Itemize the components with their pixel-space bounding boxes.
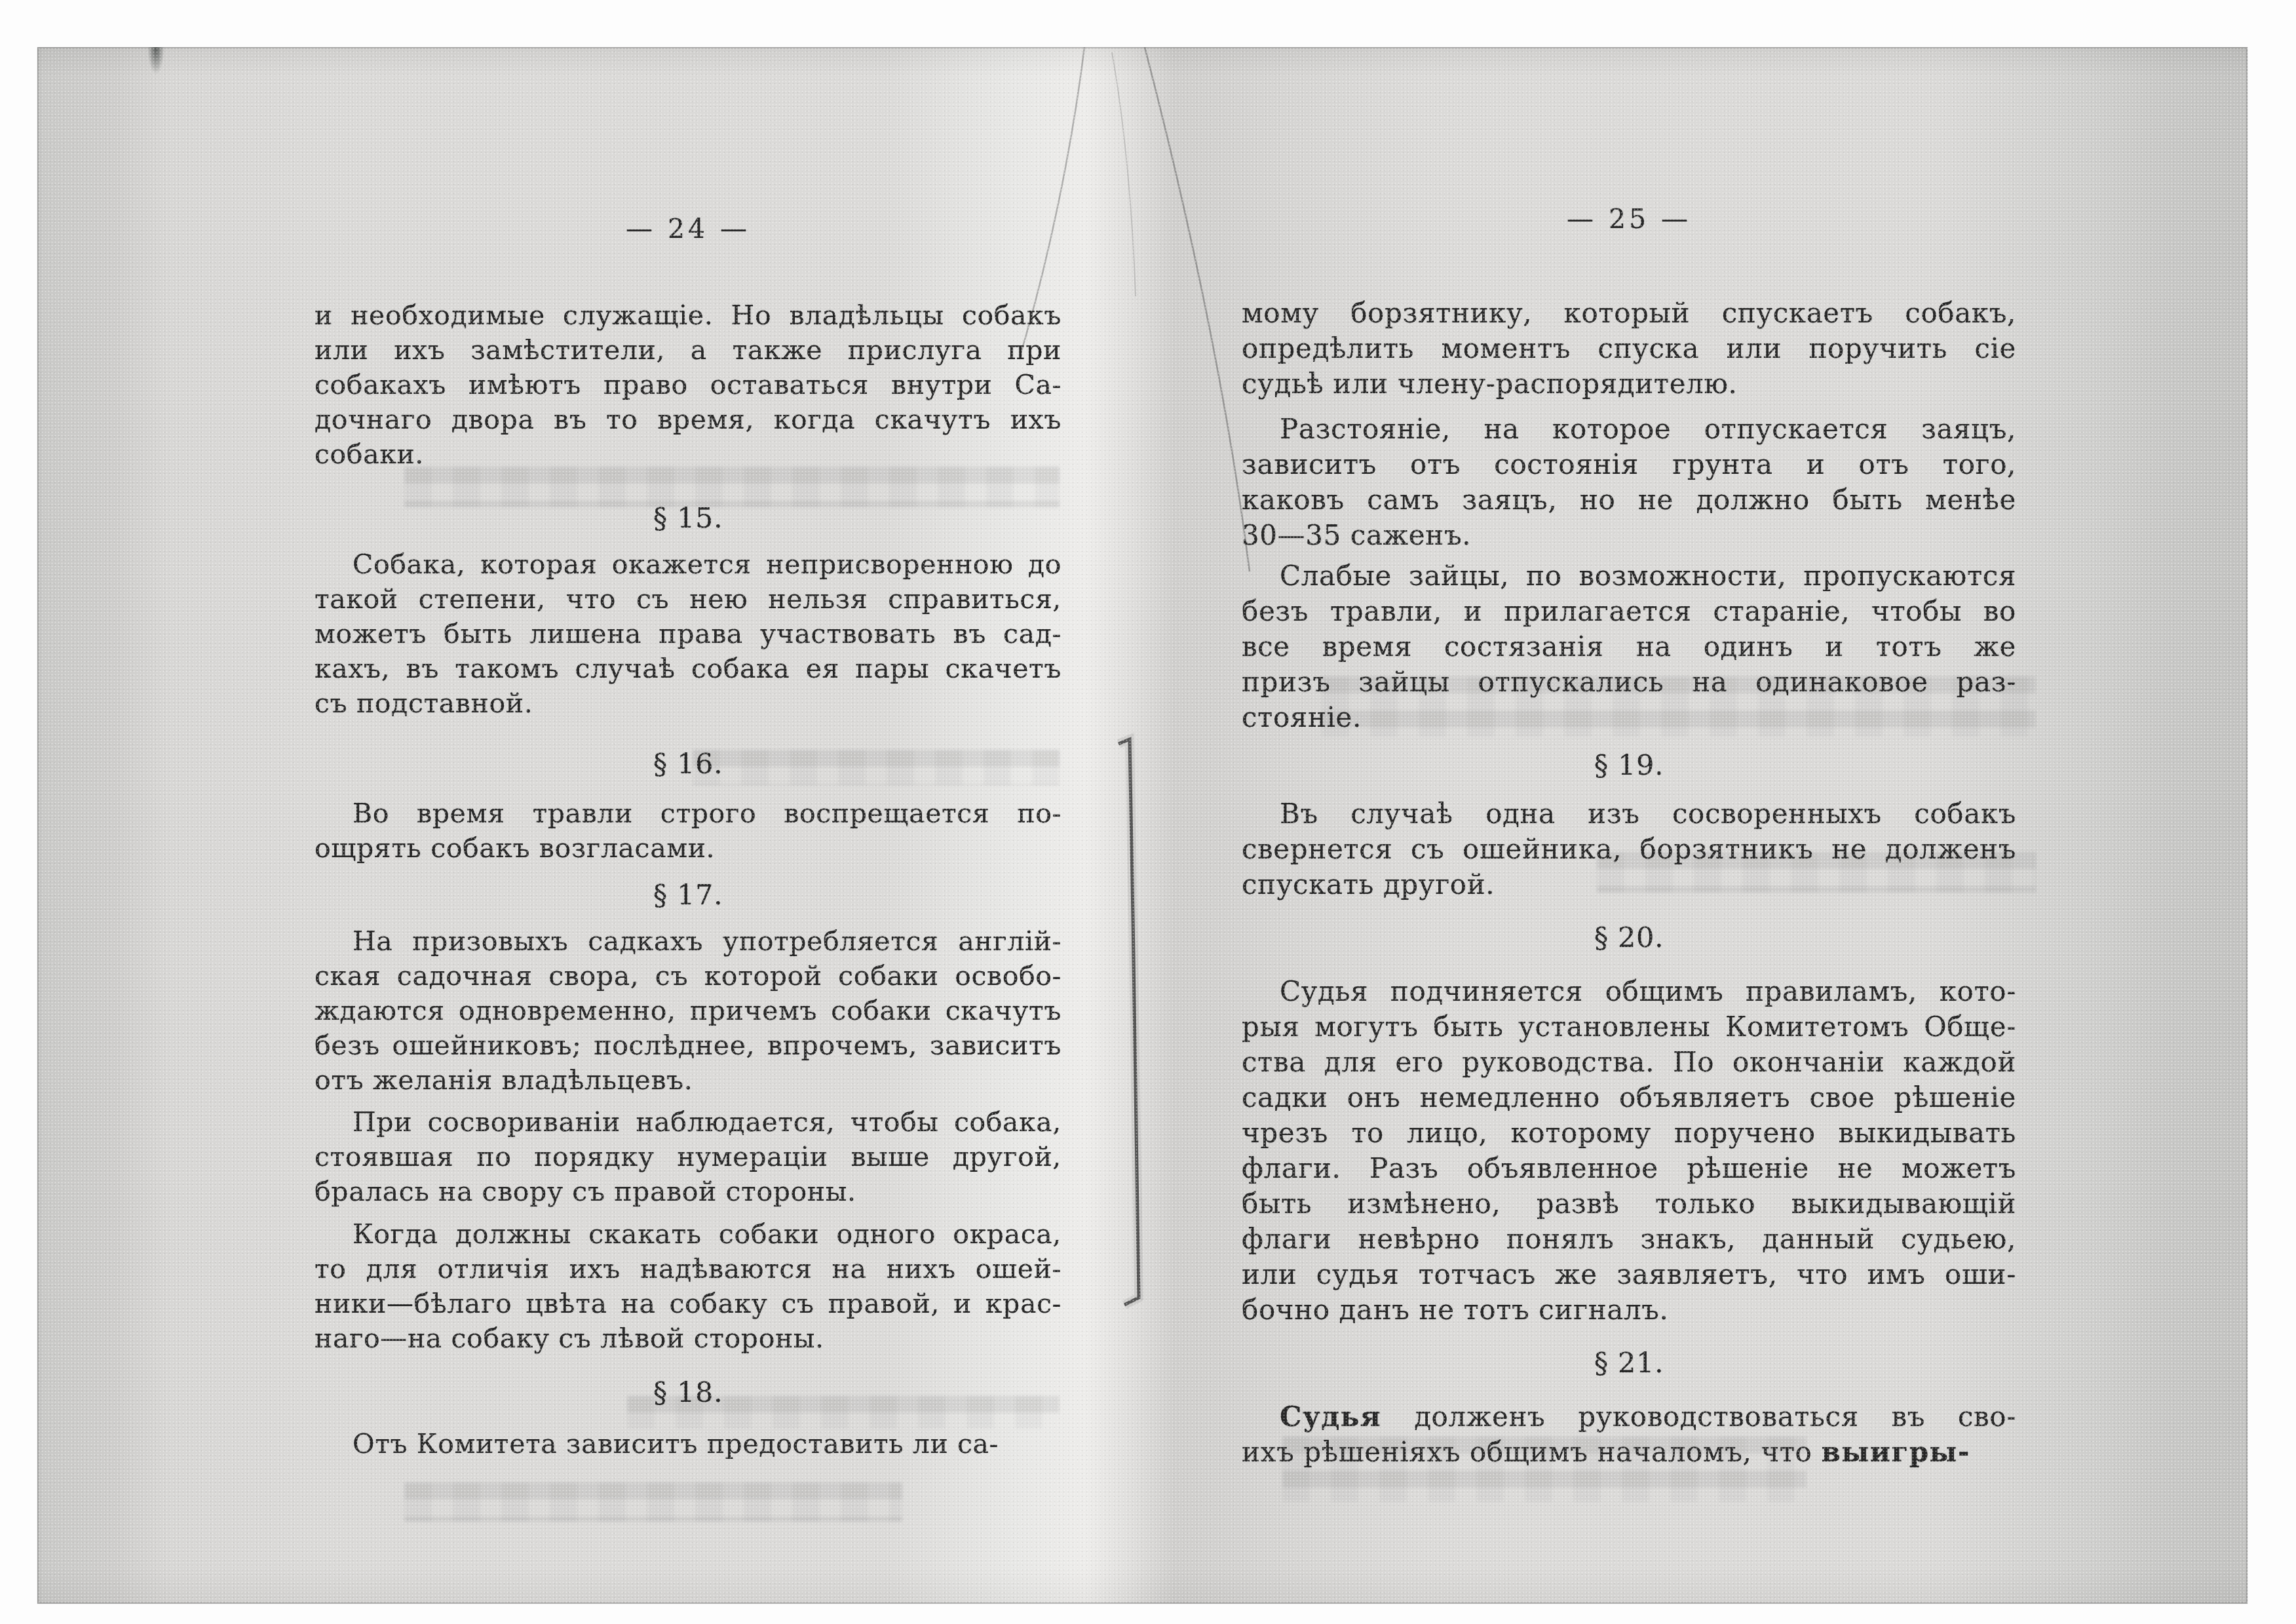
text-line: спускать другой.	[1242, 867, 2016, 902]
binding-line	[1119, 739, 1139, 1305]
crease-line-right	[1145, 47, 1250, 571]
text-line: флаги невѣрно понялъ знакъ, данный судье…	[1242, 1222, 2016, 1257]
text-line: ская садочная свора, съ которой собаки о…	[315, 959, 1062, 994]
scan-edge-smudge	[147, 47, 164, 75]
text-line: ники—бѣлаго цвѣта на собаку съ правой, и…	[315, 1286, 1062, 1321]
text-line: съ подставной.	[315, 686, 1062, 721]
text-line: Слабые зайцы, по возможности, пропускают…	[1242, 558, 2016, 594]
paragraph: Отъ Комитета зависитъ предоставить ли са…	[315, 1427, 1062, 1461]
section-heading: § 16.	[315, 747, 1062, 782]
text-line: ства для его руководства. По окончаніи к…	[1242, 1045, 2016, 1080]
section-heading: § 20.	[1242, 921, 2016, 956]
text-line: собаки.	[315, 437, 1062, 472]
section-heading: § 21.	[1242, 1346, 2016, 1381]
text-line: бралась на свору съ правой стороны.	[315, 1174, 1062, 1209]
paragraph: Судья подчиняется общимъ правиламъ, кото…	[1242, 974, 2016, 1328]
text-segment: долженъ руководствоваться въ сво-	[1381, 1401, 2016, 1433]
text-line: судьѣ или члену-распорядителю.	[1242, 366, 2016, 402]
text-line: быть измѣнено, развѣ только выкидывающій	[1242, 1186, 2016, 1222]
bold-text: выигры-	[1821, 1436, 1970, 1468]
paragraph: На призовыхъ садкахъ употребляется англі…	[315, 924, 1062, 1098]
section-heading: § 19.	[1242, 748, 2016, 783]
scanned-book-spread: — 24 —и необходимые служащіе. Но владѣль…	[0, 0, 2296, 1624]
text-line: безъ ошейниковъ; послѣднее, впрочемъ, за…	[315, 1028, 1062, 1063]
binding-line-shadow	[1119, 739, 1139, 1305]
text-line: ощрять собакъ возгласами.	[315, 831, 1062, 866]
paragraph: Слабые зайцы, по возможности, пропускают…	[1242, 558, 2016, 735]
text-line: Разстояніе, на которое отпускается заяцъ…	[1242, 412, 2016, 447]
page-number: — 24 —	[315, 213, 1062, 244]
text-line: Отъ Комитета зависитъ предоставить ли са…	[315, 1427, 1062, 1461]
text-line: чрезъ то лицо, которому поручено выкидыв…	[1242, 1115, 2016, 1151]
paragraph: и необходимые служащіе. Но владѣльцы соб…	[315, 298, 1062, 472]
text-line: кахъ, въ такомъ случаѣ собака ея пары ск…	[315, 651, 1062, 686]
text-line: мому борзятнику, который спускаетъ собак…	[1242, 296, 2016, 331]
text-line: ждаются одновременно, причемъ собаки ска…	[315, 994, 1062, 1028]
text-line: свернется съ ошейника, борзятникъ не дол…	[1242, 832, 2016, 867]
page-number: — 25 —	[1242, 203, 2016, 235]
text-line: При сосвориваніи наблюдается, чтобы соба…	[315, 1105, 1062, 1140]
bold-text: Судья	[1280, 1401, 1381, 1433]
page-25: — 25 —мому борзятнику, который спускаетъ…	[1242, 203, 2016, 1470]
text-line: отъ желанія владѣльцевъ.	[315, 1063, 1062, 1098]
text-line: Судья долженъ руководствоваться въ сво-	[1242, 1399, 2016, 1435]
text-line: такой степени, что съ нею нельзя справит…	[315, 582, 1062, 617]
text-line: Въ случаѣ одна изъ сосворенныхъ собакъ	[1242, 796, 2016, 832]
text-line: рыя могутъ быть установлены Комитетомъ О…	[1242, 1009, 2016, 1045]
book-page-scan: — 24 —и необходимые служащіе. Но владѣль…	[37, 47, 2248, 1604]
text-segment: ихъ рѣшеніяхъ общимъ началомъ, что	[1242, 1436, 1821, 1468]
text-line: бочно данъ не тотъ сигналъ.	[1242, 1292, 2016, 1328]
text-line: стоявшая по порядку нумераціи выше друго…	[315, 1140, 1062, 1174]
text-line: каковъ самъ заяцъ, но не должно быть мен…	[1242, 482, 2016, 518]
text-line: безъ травли, и прилагается стараніе, что…	[1242, 594, 2016, 629]
text-line: стояніе.	[1242, 700, 2016, 735]
paragraph: мому борзятнику, который спускаетъ собак…	[1242, 296, 2016, 402]
paragraph: Судья долженъ руководствоваться въ сво-и…	[1242, 1399, 2016, 1470]
text-line: Судья подчиняется общимъ правиламъ, кото…	[1242, 974, 2016, 1009]
bleed-through-text	[404, 1482, 902, 1522]
page-24: — 24 —и необходимые служащіе. Но владѣль…	[315, 213, 1062, 1461]
text-line: опредѣлить моментъ спуска или поручить с…	[1242, 331, 2016, 366]
section-heading: § 18.	[315, 1376, 1062, 1410]
paragraph: Во время травли строго воспрещается по-о…	[315, 796, 1062, 866]
text-line: собакахъ имѣютъ право оставаться внутри …	[315, 368, 1062, 402]
text-line: Когда должны скакать собаки одного окрас…	[315, 1217, 1062, 1252]
text-line: флаги. Разъ объявленное рѣшеніе не может…	[1242, 1151, 2016, 1186]
paragraph: Когда должны скакать собаки одного окрас…	[315, 1217, 1062, 1356]
text-line: наго—на собаку съ лѣвой стороны.	[315, 1321, 1062, 1356]
text-line: На призовыхъ садкахъ употребляется англі…	[315, 924, 1062, 959]
text-line: все время состязанія на одинъ и тотъ же	[1242, 629, 2016, 665]
text-line: ихъ рѣшеніяхъ общимъ началомъ, что выигр…	[1242, 1435, 2016, 1470]
text-line: или ихъ замѣстители, а также прислуга пр…	[315, 333, 1062, 368]
section-heading: § 15.	[315, 501, 1062, 536]
text-line: можетъ быть лишена права участвовать въ …	[315, 617, 1062, 651]
paragraph: Собака, которая окажется неприсворенною …	[315, 547, 1062, 721]
paragraph: При сосвориваніи наблюдается, чтобы соба…	[315, 1105, 1062, 1209]
text-line: Во время травли строго воспрещается по-	[315, 796, 1062, 831]
text-line: призъ зайцы отпускались на одинаковое ра…	[1242, 665, 2016, 700]
text-line: или судья тотчасъ же заявляетъ, что имъ …	[1242, 1257, 2016, 1292]
text-line: садки онъ немедленно объявляетъ свое рѣш…	[1242, 1080, 2016, 1115]
text-line: зависитъ отъ состоянія грунта и отъ того…	[1242, 447, 2016, 482]
crease-line-center	[1112, 52, 1136, 296]
text-line: то для отличія ихъ надѣваются на нихъ ош…	[315, 1252, 1062, 1286]
text-line: дочнаго двора въ то время, когда скачутъ…	[315, 402, 1062, 437]
text-line: и необходимые служащіе. Но владѣльцы соб…	[315, 298, 1062, 333]
text-line: 30—35 саженъ.	[1242, 518, 2016, 553]
paragraph: Разстояніе, на которое отпускается заяцъ…	[1242, 412, 2016, 553]
section-heading: § 17.	[315, 878, 1062, 913]
text-line: Собака, которая окажется неприсворенною …	[315, 547, 1062, 582]
paragraph: Въ случаѣ одна изъ сосворенныхъ собакъсв…	[1242, 796, 2016, 902]
